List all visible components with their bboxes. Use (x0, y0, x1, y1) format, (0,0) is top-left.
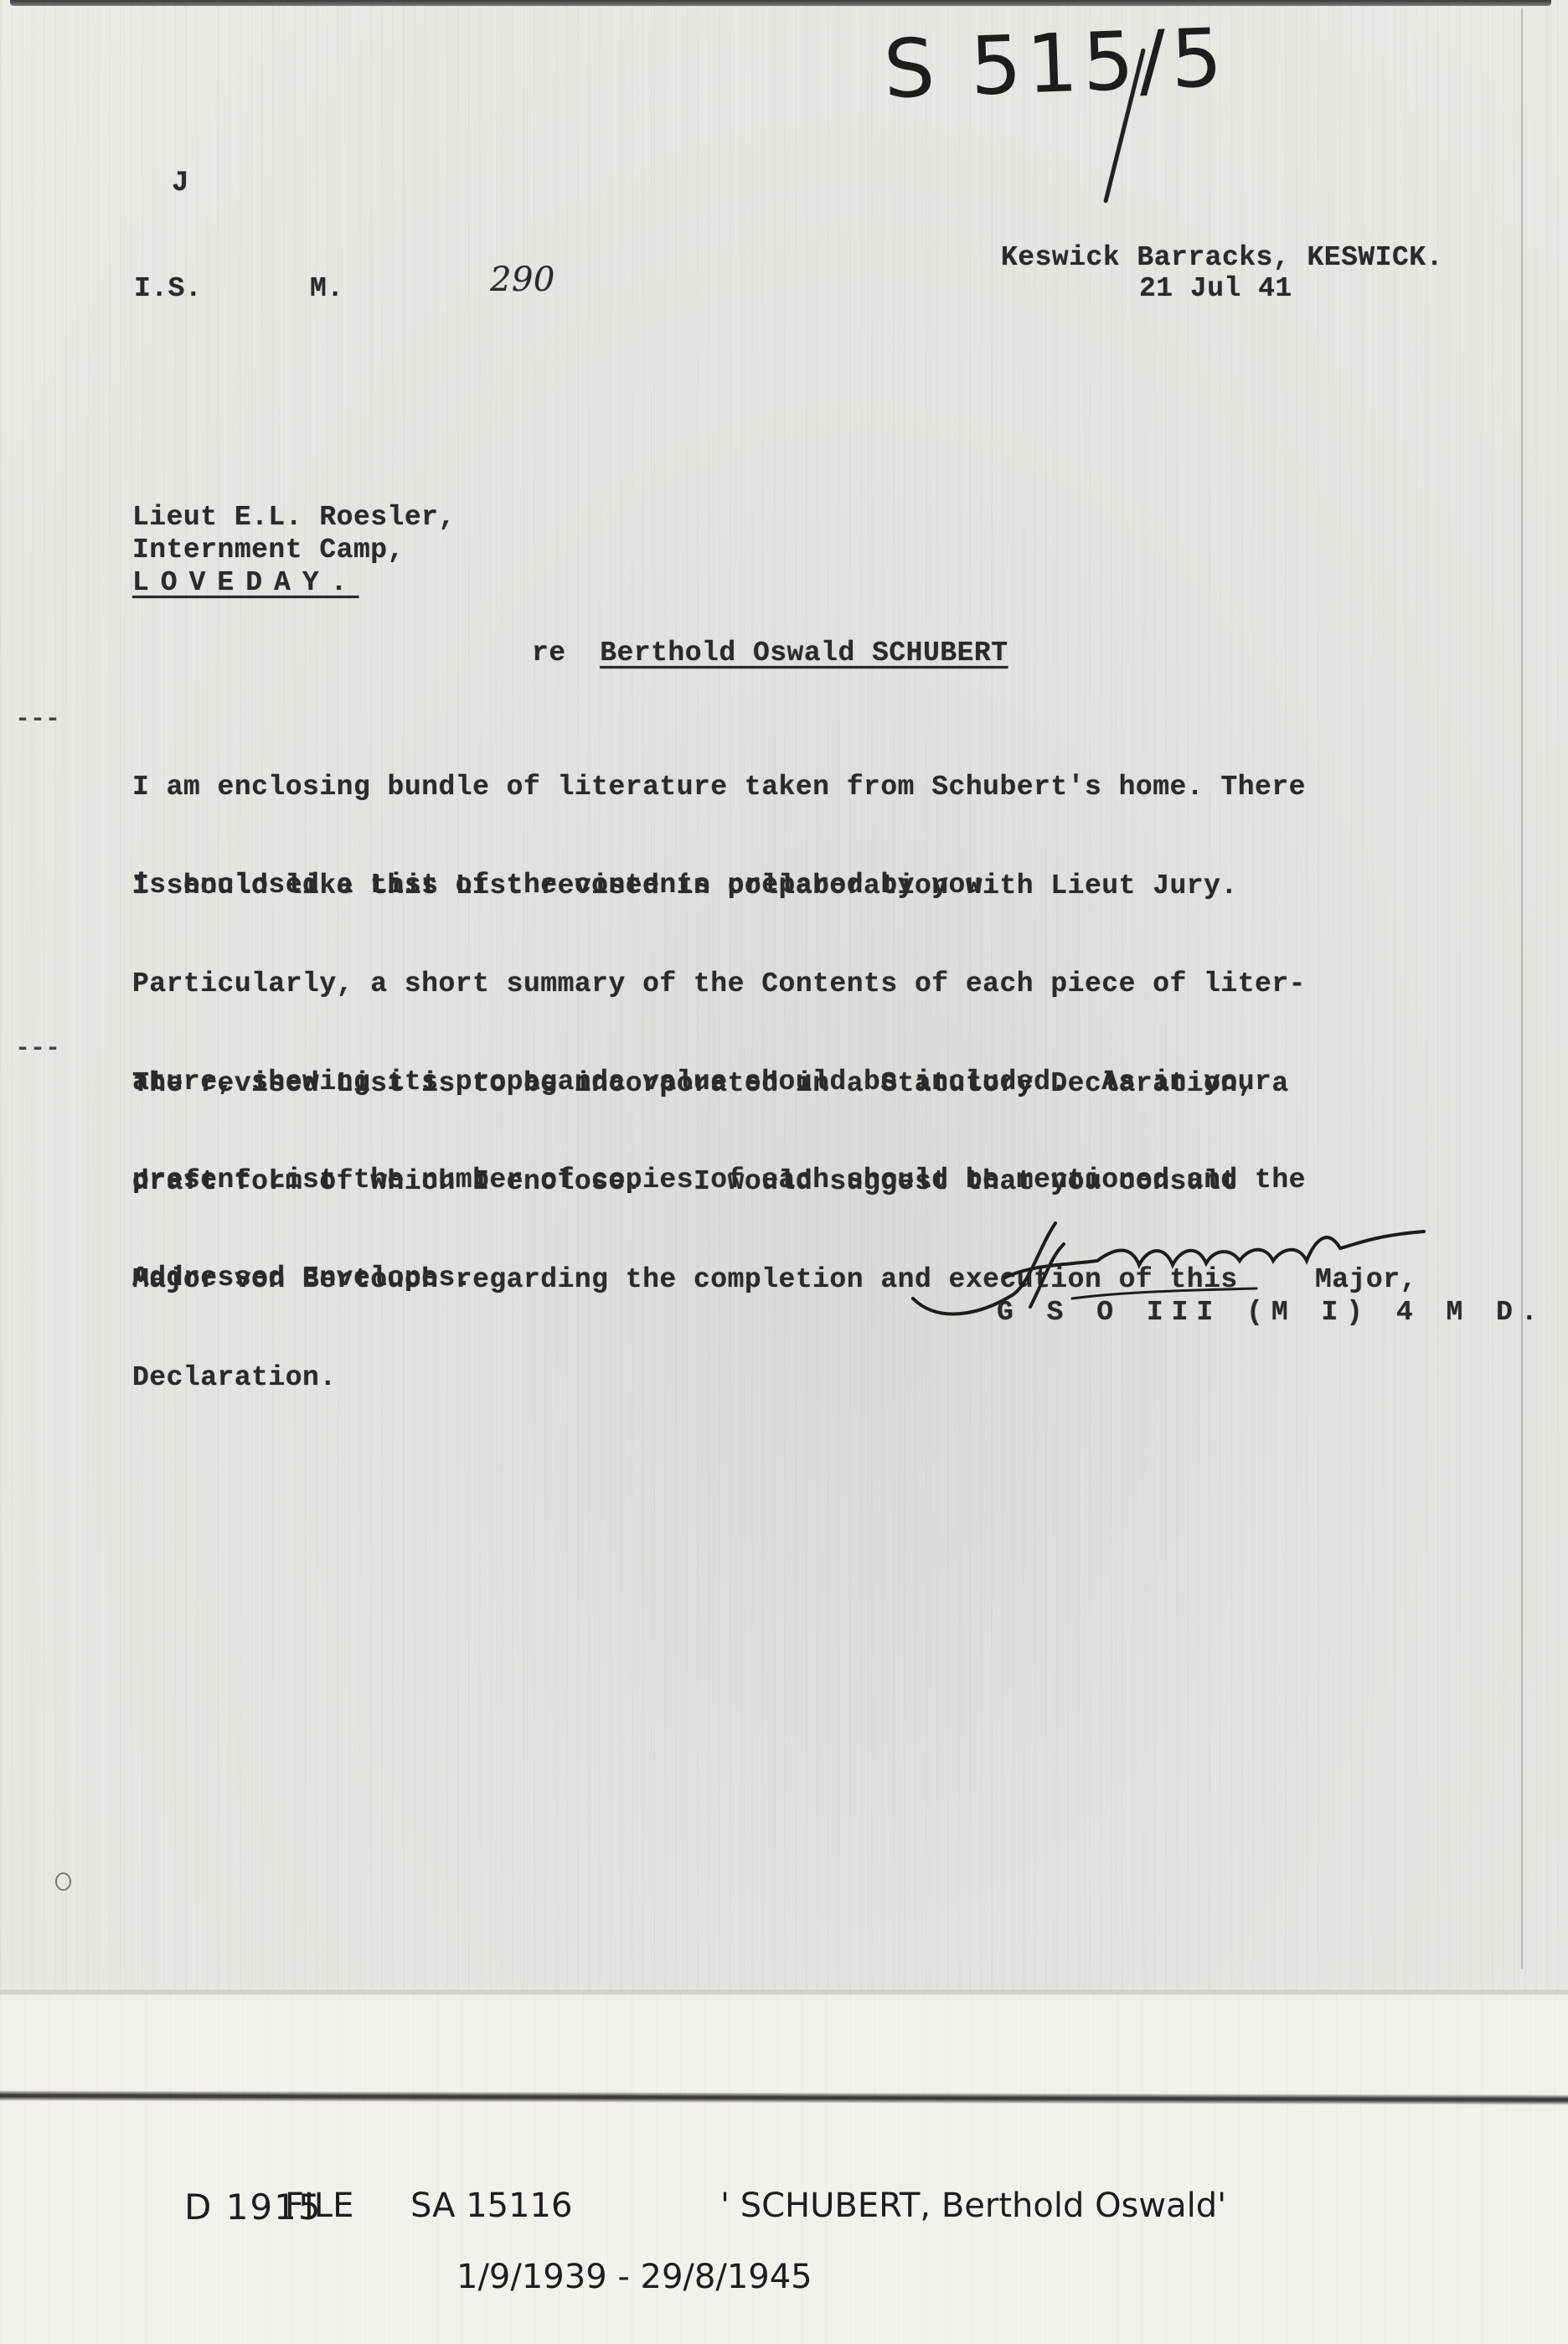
paragraph-line: The revised List is to be incorporated i… (132, 1067, 1506, 1100)
reference-unit: I.S. (134, 272, 202, 305)
initial-mark: J (172, 168, 189, 200)
paragraph-line: I am enclosing bundle of literature take… (132, 771, 1506, 803)
archive-file-label: FILE (285, 2187, 353, 2225)
recipient-camp: Internment Camp, (132, 534, 405, 566)
archive-file-title: ' SCHUBERT, Berthold Oswald' (720, 2187, 1226, 2225)
handwritten-reference-number: 290 (490, 264, 555, 297)
signatory-rank: Major, (1315, 1263, 1417, 1296)
letter-date: 21 Jul 41 (1139, 272, 1292, 305)
subject-name: Berthold Oswald SCHUBERT (600, 638, 1008, 669)
signatory-title: G S O III (M I) 4 M D. (997, 1296, 1546, 1329)
punch-hole-mark (55, 1872, 71, 1891)
recipient-name: Lieut E.L. Roesler, (132, 501, 456, 534)
paragraph-line: draft form of which I enclose. I would s… (132, 1165, 1506, 1198)
archive-date-range: 1/9/1939 - 29/8/1945 (456, 2258, 812, 2296)
sender-address: Keswick Barracks, KESWICK. (1001, 241, 1443, 274)
recipient-location: LOVEDAY. (132, 566, 358, 599)
margin-marker: --- (15, 705, 60, 734)
margin-marker: --- (15, 1035, 60, 1063)
paragraph-line: Declaration. (132, 1361, 1506, 1394)
reference-section: M. (310, 272, 344, 305)
sheet-bottom-edge (0, 1990, 1568, 1995)
paragraph-line: Particularly, a short summary of the Con… (132, 968, 1506, 1000)
handwritten-file-reference: S 515/5 (882, 11, 1229, 116)
archive-file-number: SA 15116 (410, 2187, 572, 2225)
paragraph-line: I should like this List revised in colla… (132, 870, 1506, 902)
subject-line: re Berthold Oswald SCHUBERT (532, 637, 1008, 669)
sheet-right-rule (1521, 8, 1523, 1969)
subject-prefix: re (532, 638, 566, 669)
sheet-top-edge (10, 0, 1551, 6)
